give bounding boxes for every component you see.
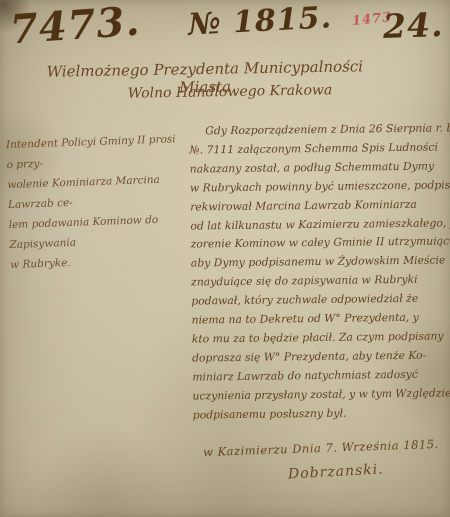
page-number-right: 24. [382, 5, 444, 46]
margin-summary-note: Intendent Policyi Gminy II prosi o przy-… [6, 129, 189, 275]
manuscript-page: 7473. № 1815. 1473 24. Wielmożnego Prezy… [0, 0, 450, 517]
folio-number-left: 7473. [9, 0, 142, 53]
margin-note-line: wolenie Kominiarza Marcina Lawrzab ce- [7, 169, 186, 215]
margin-note-line: lem podawania Kominow do Zapisywania [8, 209, 187, 255]
body-line: rekwirował Marcina Lawrzab Kominiarza [190, 195, 444, 217]
margin-note-line: Intendent Policyi Gminy II prosi o przy- [6, 129, 185, 175]
body-line: uczynienia przysłany został, y w tym Wzg… [192, 384, 446, 406]
letter-body: Gdy Rozporządzeniem z Dnia 26 Sierpnia r… [189, 119, 447, 425]
body-line: w Rubrykach powinny być umieszczone, pod… [190, 176, 444, 198]
body-line: podpisanemu posłuszny był. [193, 403, 447, 425]
